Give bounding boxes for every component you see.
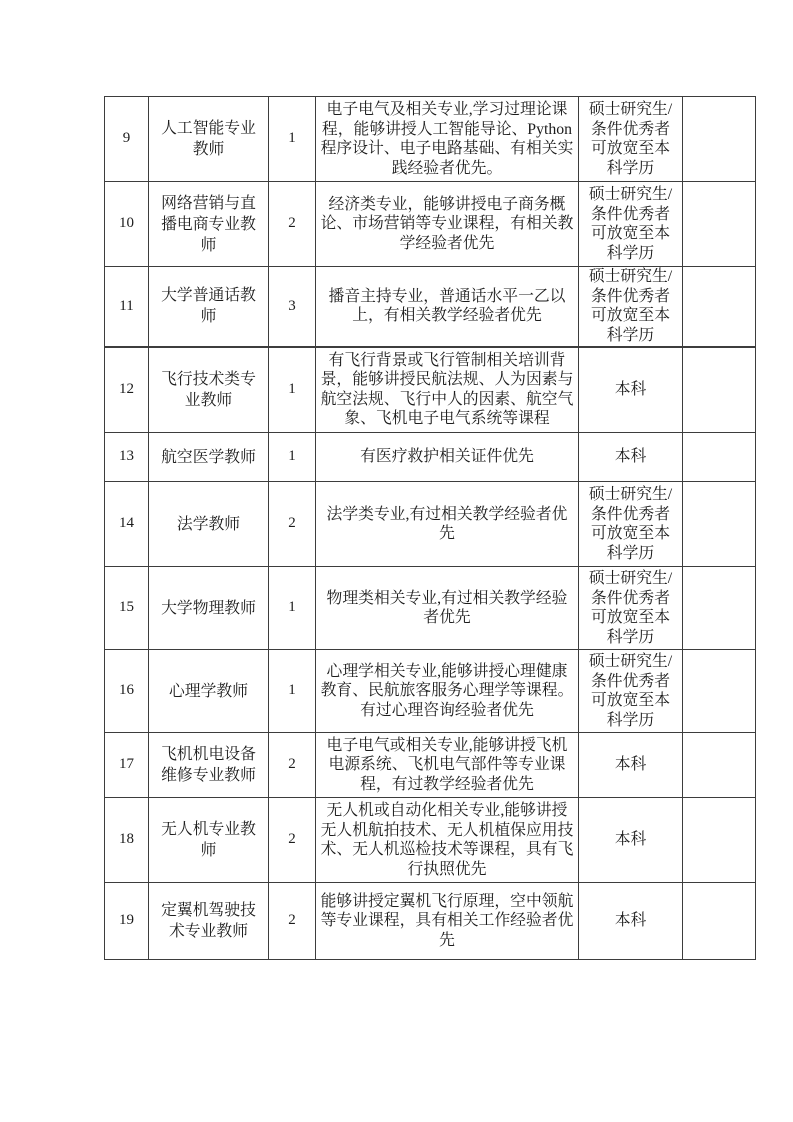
cell-row-number: 14 [105,482,149,567]
table-row: 10 网络营销与直播电商专业教师 2 经济类专业，能够讲授电子商务概论、市场营销… [105,182,756,267]
cell-position-title: 法学教师 [149,482,269,567]
cell-headcount: 1 [269,97,316,182]
cell-row-number: 18 [105,798,149,883]
cell-requirements: 有医疗救护相关证件优先 [316,433,579,482]
recruitment-table-body: 9 人工智能专业教师 1 电子电气及相关专业,学习过理论课程，能够讲授人工智能导… [105,97,756,960]
cell-note [683,347,756,433]
cell-headcount: 1 [269,433,316,482]
cell-headcount: 2 [269,798,316,883]
cell-education: 硕士研究生/条件优秀者可放宽至本科学历 [579,267,683,347]
cell-education: 本科 [579,883,683,960]
cell-note [683,267,756,347]
table-row: 18 无人机专业教师 2 无人机或自动化相关专业,能够讲授无人机航拍技术、无人机… [105,798,756,883]
cell-row-number: 9 [105,97,149,182]
cell-education: 本科 [579,433,683,482]
cell-position-title: 大学物理教师 [149,567,269,650]
table-row: 17 飞机机电设备维修专业教师 2 电子电气或相关专业,能够讲授飞机电源系统、飞… [105,733,756,798]
cell-headcount: 3 [269,267,316,347]
cell-position-title: 航空医学教师 [149,433,269,482]
cell-position-title: 大学普通话教师 [149,267,269,347]
cell-row-number: 13 [105,433,149,482]
table-row: 14 法学教师 2 法学类专业,有过相关教学经验者优先 硕士研究生/条件优秀者可… [105,482,756,567]
cell-requirements: 经济类专业，能够讲授电子商务概论、市场营销等专业课程，有相关教学经验者优先 [316,182,579,267]
cell-position-title: 飞行技术类专业教师 [149,347,269,433]
cell-requirements: 电子电气及相关专业,学习过理论课程，能够讲授人工智能导论、Python程序设计、… [316,97,579,182]
cell-requirements: 物理类相关专业,有过相关教学经验者优先 [316,567,579,650]
cell-position-title: 心理学教师 [149,650,269,733]
cell-education: 硕士研究生/条件优秀者可放宽至本科学历 [579,182,683,267]
cell-requirements: 能够讲授定翼机飞行原理，空中领航等专业课程，具有相关工作经验者优先 [316,883,579,960]
cell-headcount: 2 [269,182,316,267]
cell-requirements: 法学类专业,有过相关教学经验者优先 [316,482,579,567]
cell-education: 本科 [579,347,683,433]
table-row: 11 大学普通话教师 3 播音主持专业，普通话水平一乙以上，有相关教学经验者优先… [105,267,756,347]
cell-headcount: 1 [269,650,316,733]
table-row: 16 心理学教师 1 心理学相关专业,能够讲授心理健康教育、民航旅客服务心理学等… [105,650,756,733]
cell-education: 硕士研究生/条件优秀者可放宽至本科学历 [579,567,683,650]
recruitment-table: 9 人工智能专业教师 1 电子电气及相关专业,学习过理论课程，能够讲授人工智能导… [104,96,756,960]
cell-note [683,182,756,267]
cell-requirements: 播音主持专业，普通话水平一乙以上，有相关教学经验者优先 [316,267,579,347]
cell-position-title: 人工智能专业教师 [149,97,269,182]
table-row: 12 飞行技术类专业教师 1 有飞行背景或飞行管制相关培训背景，能够讲授民航法规… [105,347,756,433]
cell-headcount: 1 [269,567,316,650]
table-row: 9 人工智能专业教师 1 电子电气及相关专业,学习过理论课程，能够讲授人工智能导… [105,97,756,182]
cell-note [683,97,756,182]
cell-note [683,433,756,482]
cell-position-title: 飞机机电设备维修专业教师 [149,733,269,798]
cell-education: 硕士研究生/条件优秀者可放宽至本科学历 [579,650,683,733]
table-row: 15 大学物理教师 1 物理类相关专业,有过相关教学经验者优先 硕士研究生/条件… [105,567,756,650]
cell-requirements: 心理学相关专业,能够讲授心理健康教育、民航旅客服务心理学等课程。有过心理咨询经验… [316,650,579,733]
cell-row-number: 16 [105,650,149,733]
cell-headcount: 2 [269,733,316,798]
cell-row-number: 15 [105,567,149,650]
table-row: 19 定翼机驾驶技术专业教师 2 能够讲授定翼机飞行原理，空中领航等专业课程，具… [105,883,756,960]
cell-row-number: 12 [105,347,149,433]
cell-headcount: 2 [269,883,316,960]
cell-row-number: 19 [105,883,149,960]
cell-note [683,650,756,733]
cell-headcount: 1 [269,347,316,433]
document-page: 9 人工智能专业教师 1 电子电气及相关专业,学习过理论课程，能够讲授人工智能导… [0,0,793,1122]
cell-education: 本科 [579,733,683,798]
cell-position-title: 定翼机驾驶技术专业教师 [149,883,269,960]
cell-row-number: 17 [105,733,149,798]
cell-note [683,733,756,798]
cell-headcount: 2 [269,482,316,567]
cell-requirements: 无人机或自动化相关专业,能够讲授无人机航拍技术、无人机植保应用技术、无人机巡检技… [316,798,579,883]
cell-note [683,567,756,650]
cell-education: 本科 [579,798,683,883]
cell-position-title: 网络营销与直播电商专业教师 [149,182,269,267]
cell-education: 硕士研究生/条件优秀者可放宽至本科学历 [579,482,683,567]
cell-requirements: 有飞行背景或飞行管制相关培训背景，能够讲授民航法规、人为因素与航空法规、飞行中人… [316,347,579,433]
cell-row-number: 10 [105,182,149,267]
cell-row-number: 11 [105,267,149,347]
cell-note [683,883,756,960]
cell-position-title: 无人机专业教师 [149,798,269,883]
cell-requirements: 电子电气或相关专业,能够讲授飞机电源系统、飞机电气部件等专业课程，有过教学经验者… [316,733,579,798]
cell-note [683,482,756,567]
cell-education: 硕士研究生/条件优秀者可放宽至本科学历 [579,97,683,182]
cell-note [683,798,756,883]
table-row: 13 航空医学教师 1 有医疗救护相关证件优先 本科 [105,433,756,482]
